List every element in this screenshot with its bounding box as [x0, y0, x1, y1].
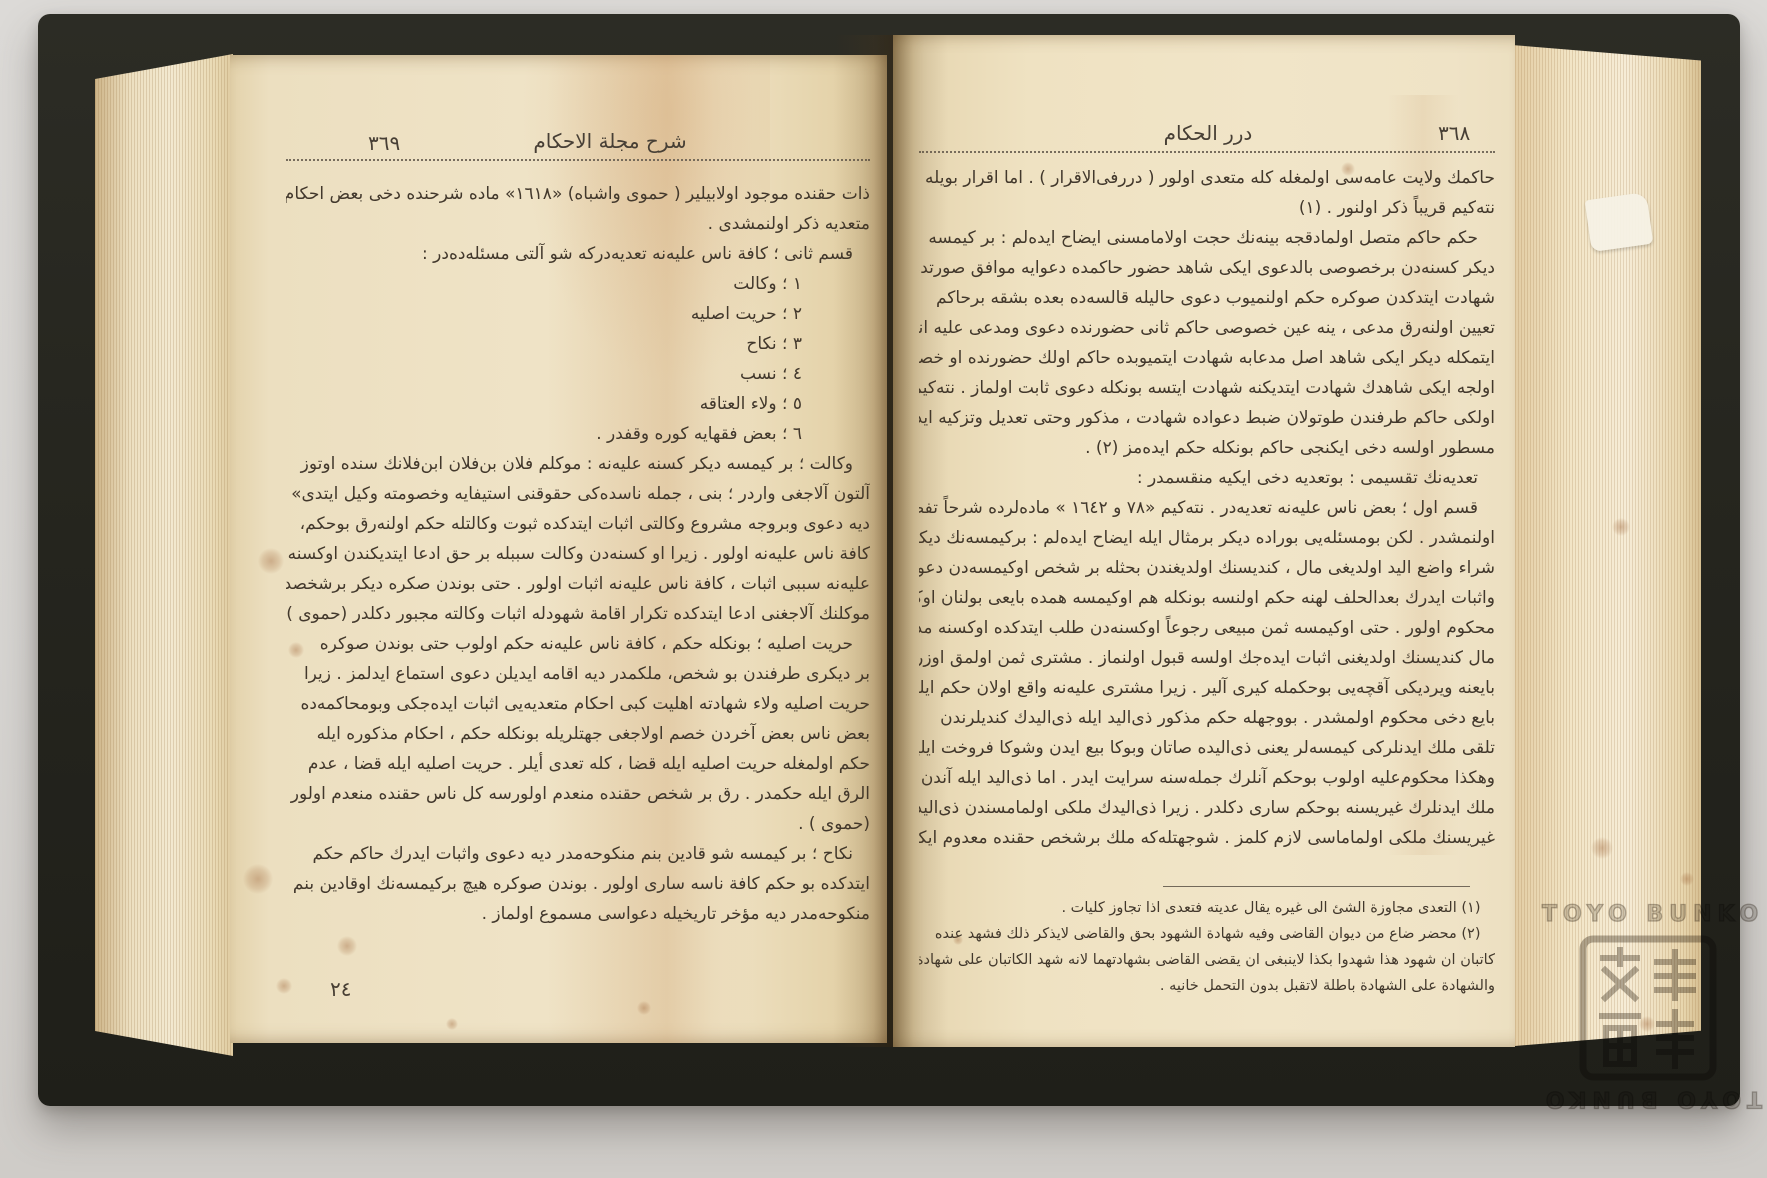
- text-line: ملك ايدنلرك غيريسنه بوحكم سارى دكلدر . ز…: [919, 793, 1495, 823]
- left-page-number: ٣٦٩: [368, 131, 400, 155]
- text-line: الرق ايله حكمدر . رق بر شخص حقنده منعدم …: [286, 779, 870, 809]
- text-line: بعض ناس بعض آخردن خصم اولاجغى جهتلريله ب…: [286, 719, 870, 749]
- text-line: قسم ثانى ؛ كافة ناس عليه‌نه تعديه‌دركه ش…: [286, 239, 870, 269]
- text-line: نكاح ؛ بر كيمسه شو قادين بنم منكوحه‌مدر …: [286, 839, 870, 869]
- text-line: بر ديكرى طرفندن بو شخص، ملكمدر ديه اقامه…: [286, 659, 870, 689]
- text-line: اولكى حاكم طرفندن طوتولان ضبط دعواده شها…: [919, 403, 1495, 433]
- text-line: بايع دخى محكوم اولمشدر . بووجهله حكم مذك…: [919, 703, 1495, 733]
- text-line: ايتدكده بو حكم كافة ناسه سارى اولور . بو…: [286, 869, 870, 899]
- text-line: وهكذا محكوم‌عليه اولوب بوحكم آنلرك جمله‌…: [919, 763, 1495, 793]
- right-header-rule: [919, 151, 1495, 153]
- text-line: تعديه‌نك تقسيمى : بوتعديه دخى ايكيه منقس…: [919, 463, 1495, 493]
- right-page-header-title: درر الحكام: [1164, 121, 1253, 145]
- text-line: شهادت ايتدكدن صوكره حكم اولنميوب دعوى حا…: [919, 283, 1495, 313]
- text-line: كاتبان ان شهود هذا شهدوا بكذا لاينبغى ان…: [919, 947, 1495, 973]
- text-line: واثبات ايدرك بعدالحلف لهنه حكم اولنسه بو…: [919, 583, 1495, 613]
- text-line: شراء واضع اليد اولديغى مال ، كنديسنك اول…: [919, 553, 1495, 583]
- text-line: وكالت ؛ بر كيمسه ديكر كسنه عليه‌نه : موك…: [286, 449, 870, 479]
- text-line: (١) التعدى مجاوزة الشئ الى غيره يقال عدي…: [919, 895, 1495, 921]
- text-line: حاكمك ولايت عامه‌سى اولمغله كله متعدى او…: [919, 163, 1495, 193]
- right-page: درر الحكام ٣٦٨ حاكمك ولايت عامه‌سى اولمغ…: [893, 35, 1515, 1047]
- photo-background: ٣٦٩ شرح مجلة الاحكام ذات حقنده موجود اول…: [0, 0, 1767, 1178]
- text-line: ٣ ؛ نكاح: [286, 329, 870, 359]
- text-line: مسطور اولسه دخى ايكنجى حاكم بونكله حكم ا…: [919, 433, 1495, 463]
- footnote-rule: [1163, 886, 1470, 887]
- text-line: اولجه ايكى شاهدك شهادت ايتديكنه شهادت اي…: [919, 373, 1495, 403]
- text-line: ديكر كسنه‌دن برخصوصى بالدعوى ايكى شاهد ح…: [919, 253, 1495, 283]
- text-line: حريت اصليه ولاء شهادته اهليت كبى احكام م…: [286, 689, 870, 719]
- text-line: موكلنك آلاجغنى ادعا ايتدكده تكرار اقامة …: [286, 599, 870, 629]
- book: ٣٦٩ شرح مجلة الاحكام ذات حقنده موجود اول…: [38, 14, 1740, 1106]
- text-line: منكوحه‌مدر ديه مؤخر تاريخيله دعواسى مسمو…: [286, 899, 870, 929]
- text-line: محكوم اولور . حتى اوكيمسه ثمن مبيعى رجوع…: [919, 613, 1495, 643]
- text-line: حكم حاكم متصل اولمادقجه بينه‌نك حجت اولا…: [919, 223, 1495, 253]
- left-page-header-title: شرح مجلة الاحكام: [533, 129, 686, 153]
- torn-paper-chip: [1585, 192, 1654, 252]
- text-line: ٤ ؛ نسب: [286, 359, 870, 389]
- left-page-text: ذات حقنده موجود اولابيلير ( حموى واشباه)…: [286, 179, 870, 931]
- text-line: ٦ ؛ بعض فقهايه كوره وقفدر .: [286, 419, 870, 449]
- text-line: والشهادة على الشهادة باطلة لاتقبل بدون ا…: [919, 973, 1495, 999]
- text-line: تعيين اولنه‌رق مدعى ، ينه عين خصوصى حاكم…: [919, 313, 1495, 343]
- text-line: مال كنديسنك اولديغنى اثبات ايده‌جك اولسه…: [919, 643, 1495, 673]
- right-page-footnotes: (١) التعدى مجاوزة الشئ الى غيره يقال عدي…: [919, 895, 1495, 1001]
- left-page: ٣٦٩ شرح مجلة الاحكام ذات حقنده موجود اول…: [230, 55, 887, 1043]
- right-page-number: ٣٦٨: [1438, 121, 1470, 145]
- text-line: كافة ناس عليه‌نه اولور . زيرا او كسنه‌دن…: [286, 539, 870, 569]
- text-line: (٢) محضر ضاع من ديوان القاضى وفيه شهادة …: [919, 921, 1495, 947]
- page-stack-fore-edge-left: [95, 54, 233, 1056]
- text-line: حكم اولمغله حريت اصليه ايله قضا ، كله تع…: [286, 749, 870, 779]
- text-line: حريت اصليه ؛ بونكله حكم ، كافة ناس عليه‌…: [286, 629, 870, 659]
- right-page-text: حاكمك ولايت عامه‌سى اولمغله كله متعدى او…: [919, 163, 1495, 855]
- text-line: ايتمكله ديكر ايكى شاهد اصل مدعابه شهادت …: [919, 343, 1495, 373]
- signature-mark: ٢٤: [330, 977, 351, 1001]
- text-line: آلتون آلاجغى واردر ؛ بنى ، جمله ناسده‌كى…: [286, 479, 870, 509]
- text-line: ذات حقنده موجود اولابيلير ( حموى واشباه)…: [286, 179, 870, 209]
- text-line: ١ ؛ وكالت: [286, 269, 870, 299]
- text-line: تلقى ملك ايدنلركى كيمسه‌لر يعنى ذى‌اليده…: [919, 733, 1495, 763]
- text-line: ديه دعوى وبروجه مشروع وكالتى اثبات ايتدك…: [286, 509, 870, 539]
- text-line: بايعنه ويرديكى آقچه‌يى بوحكمله كيرى آلير…: [919, 673, 1495, 703]
- left-header-rule: [286, 159, 870, 161]
- page-stack-fore-edge-right: [1515, 30, 1701, 1046]
- text-line: متعديه ذكر اولنمشدى .: [286, 209, 870, 239]
- text-line: ٢ ؛ حريت اصليه: [286, 299, 870, 329]
- text-line: (حموى ) .: [286, 809, 870, 839]
- text-line: غيريسنك ملكى اولماماسى لازم كلمز . شوجهت…: [919, 823, 1495, 853]
- text-line: قسم اول ؛ بعض ناس عليه‌نه تعديه‌در . نته…: [919, 493, 1495, 523]
- text-line: نته‌كيم قريباً ذكر اولنور . (١): [919, 193, 1495, 223]
- text-line: اولنمشدر . لكن بومسئله‌يى بوراده ديكر بر…: [919, 523, 1495, 553]
- text-line: عليه‌نه سببى اثبات ، كافة ناس عليه‌نه اث…: [286, 569, 870, 599]
- text-line: ٥ ؛ ولاء العتاقه: [286, 389, 870, 419]
